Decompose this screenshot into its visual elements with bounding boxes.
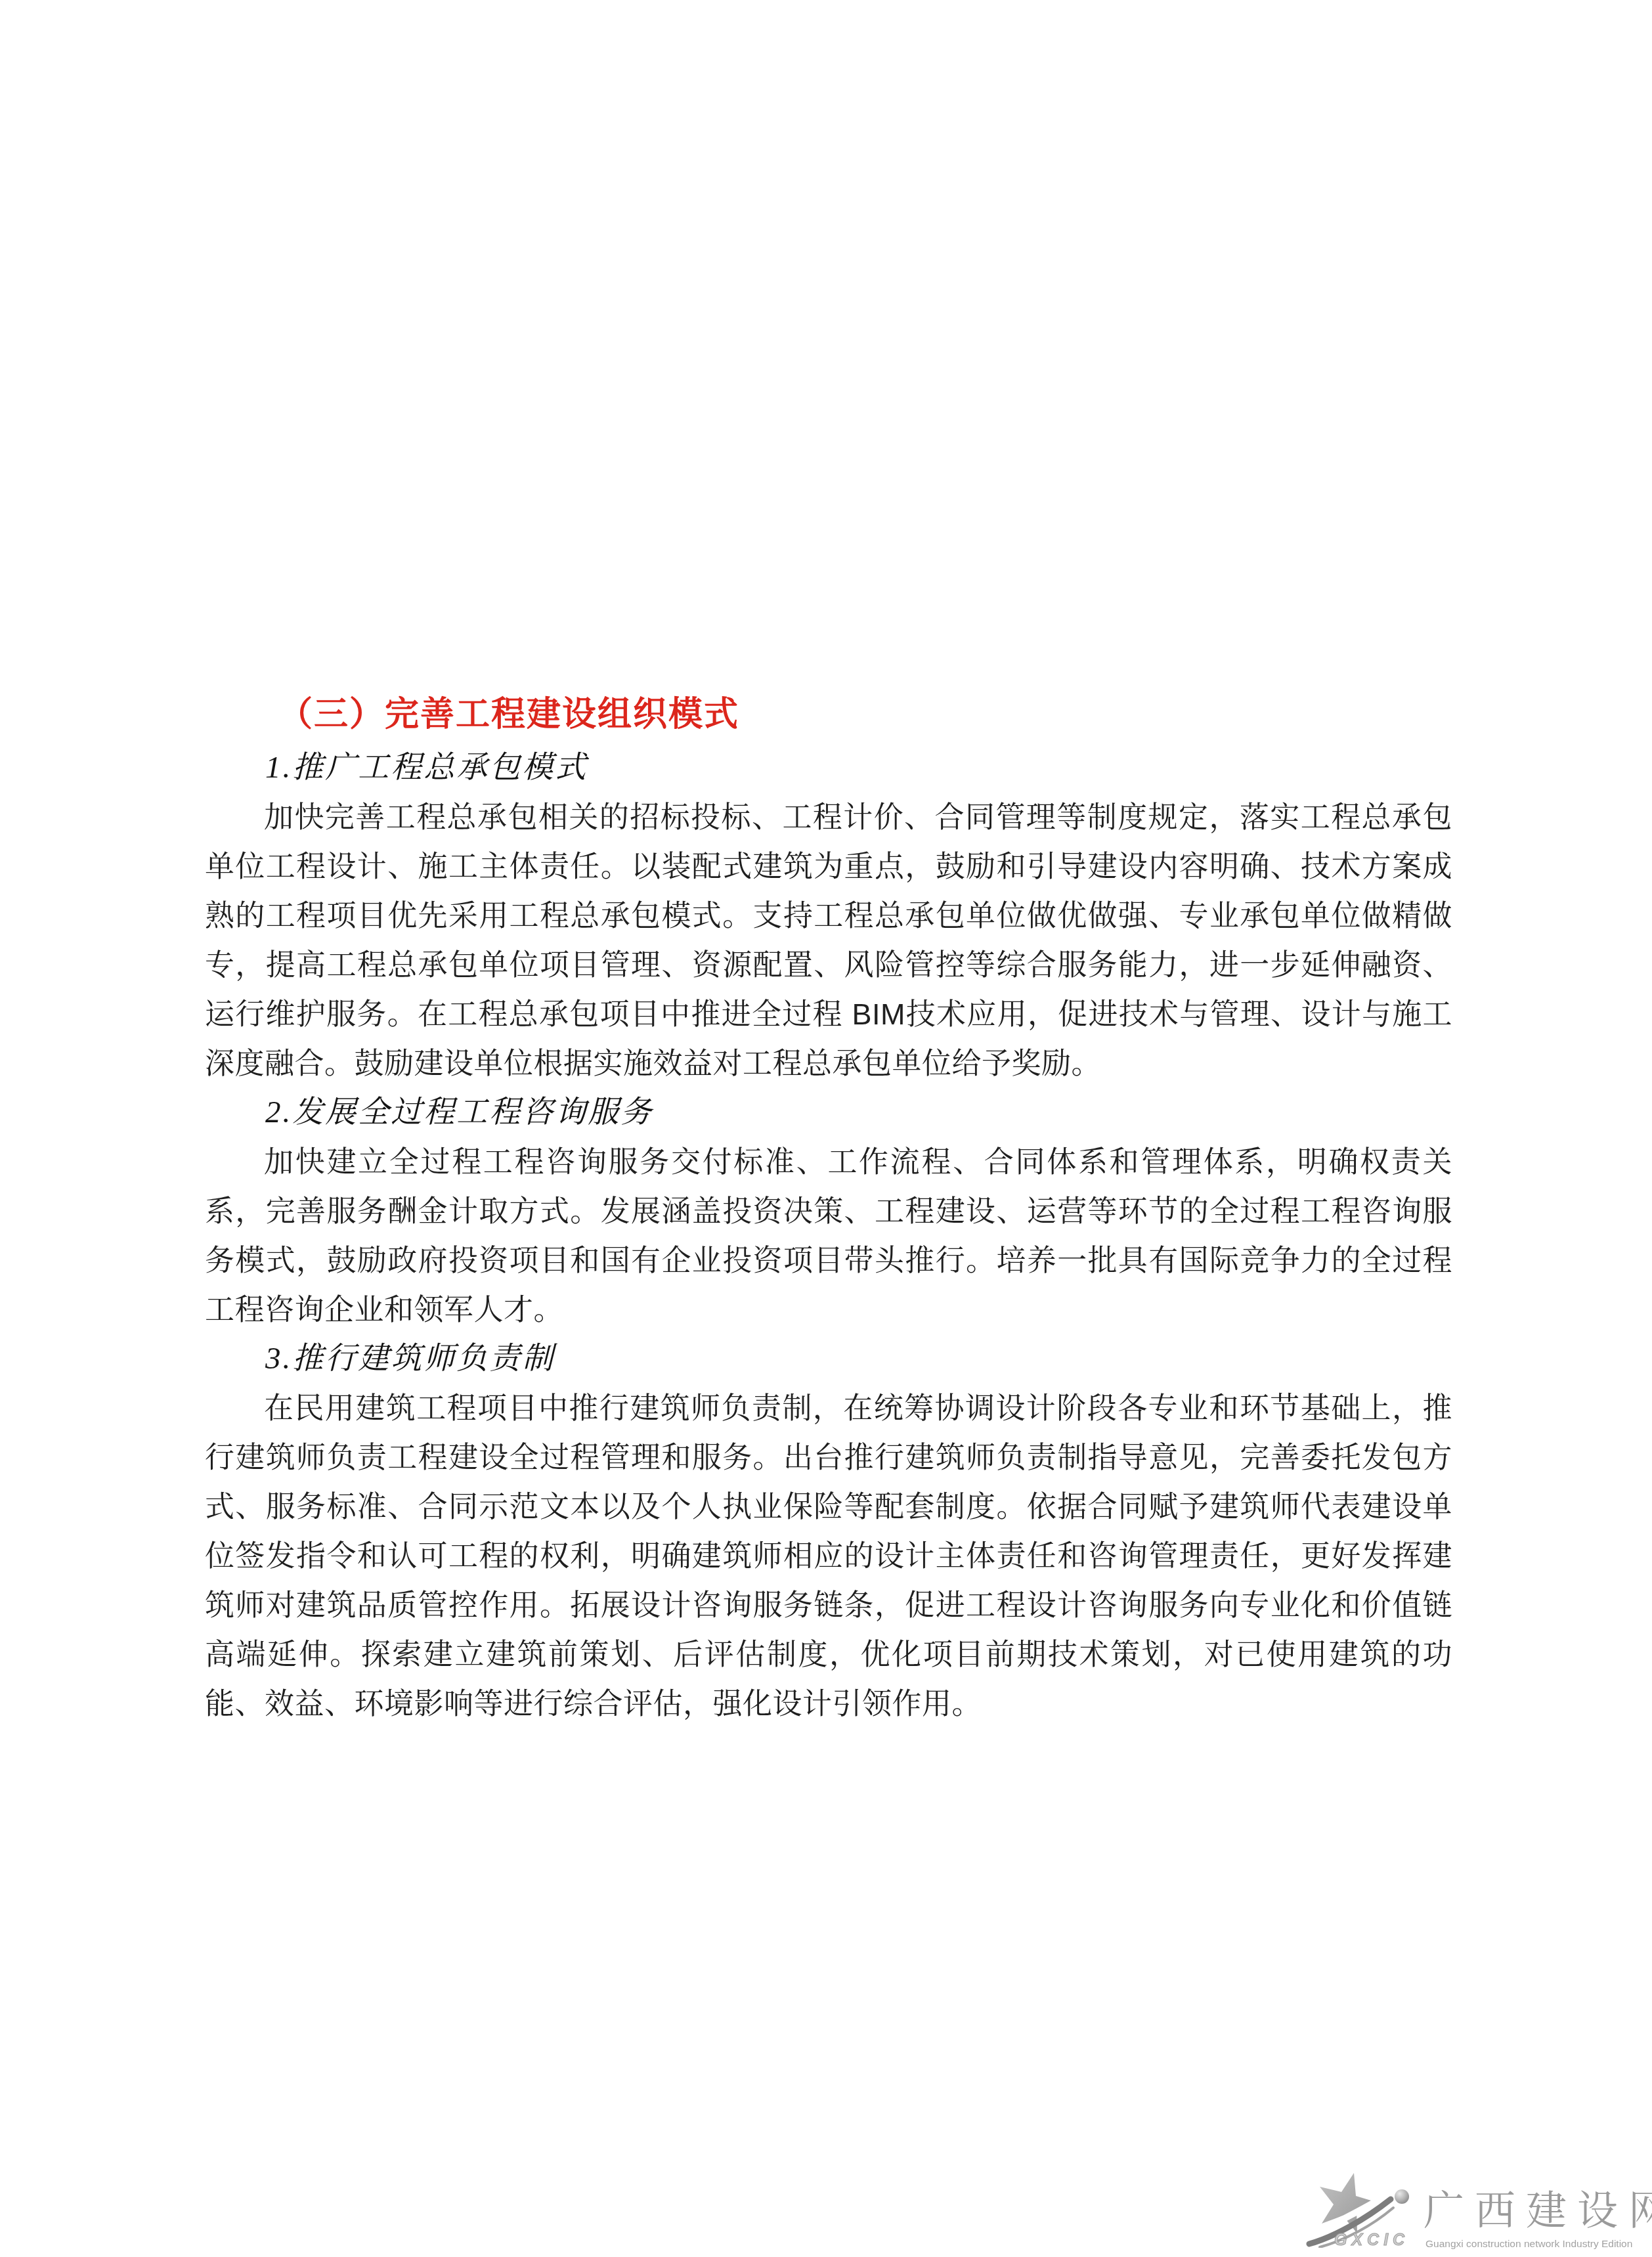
document-content: （三）完善工程建设组织模式 1.推广工程总承包模式 加快完善工程总承包相关的招标… (205, 687, 1452, 1728)
logo-tagline: Guangxi construction network Industry Ed… (1425, 2239, 1632, 2250)
logo-acronym: GXCIC (1334, 2231, 1409, 2250)
subsection-2-title: 2.发展全过程工程咨询服务 (265, 1088, 1452, 1137)
subsection-3-title: 3.推行建筑师负责制 (265, 1334, 1452, 1384)
logo-site-name: 广西建设网 (1424, 2191, 1652, 2232)
subsection-1-title: 1.推广工程总承包模式 (265, 743, 1452, 793)
subsection-2-paragraph: 加快建立全过程工程咨询服务交付标准、工作流程、合同体系和管理体系，明确权责关系，… (205, 1137, 1452, 1334)
section-heading: （三）完善工程建设组织模式 (278, 687, 1452, 743)
subsection-3-paragraph: 在民用建筑工程项目中推行建筑师负责制，在统筹协调设计阶段各专业和环节基础上，推行… (205, 1384, 1452, 1728)
document-page: （三）完善工程建设组织模式 1.推广工程总承包模式 加快完善工程总承包相关的招标… (0, 0, 1652, 2257)
subsection-1-paragraph: 加快完善工程总承包相关的招标投标、工程计价、合同管理等制度规定，落实工程总承包单… (205, 793, 1452, 1088)
gxcic-logo: GXCIC 广西建设网 Guangxi construction network… (1305, 2170, 1637, 2256)
